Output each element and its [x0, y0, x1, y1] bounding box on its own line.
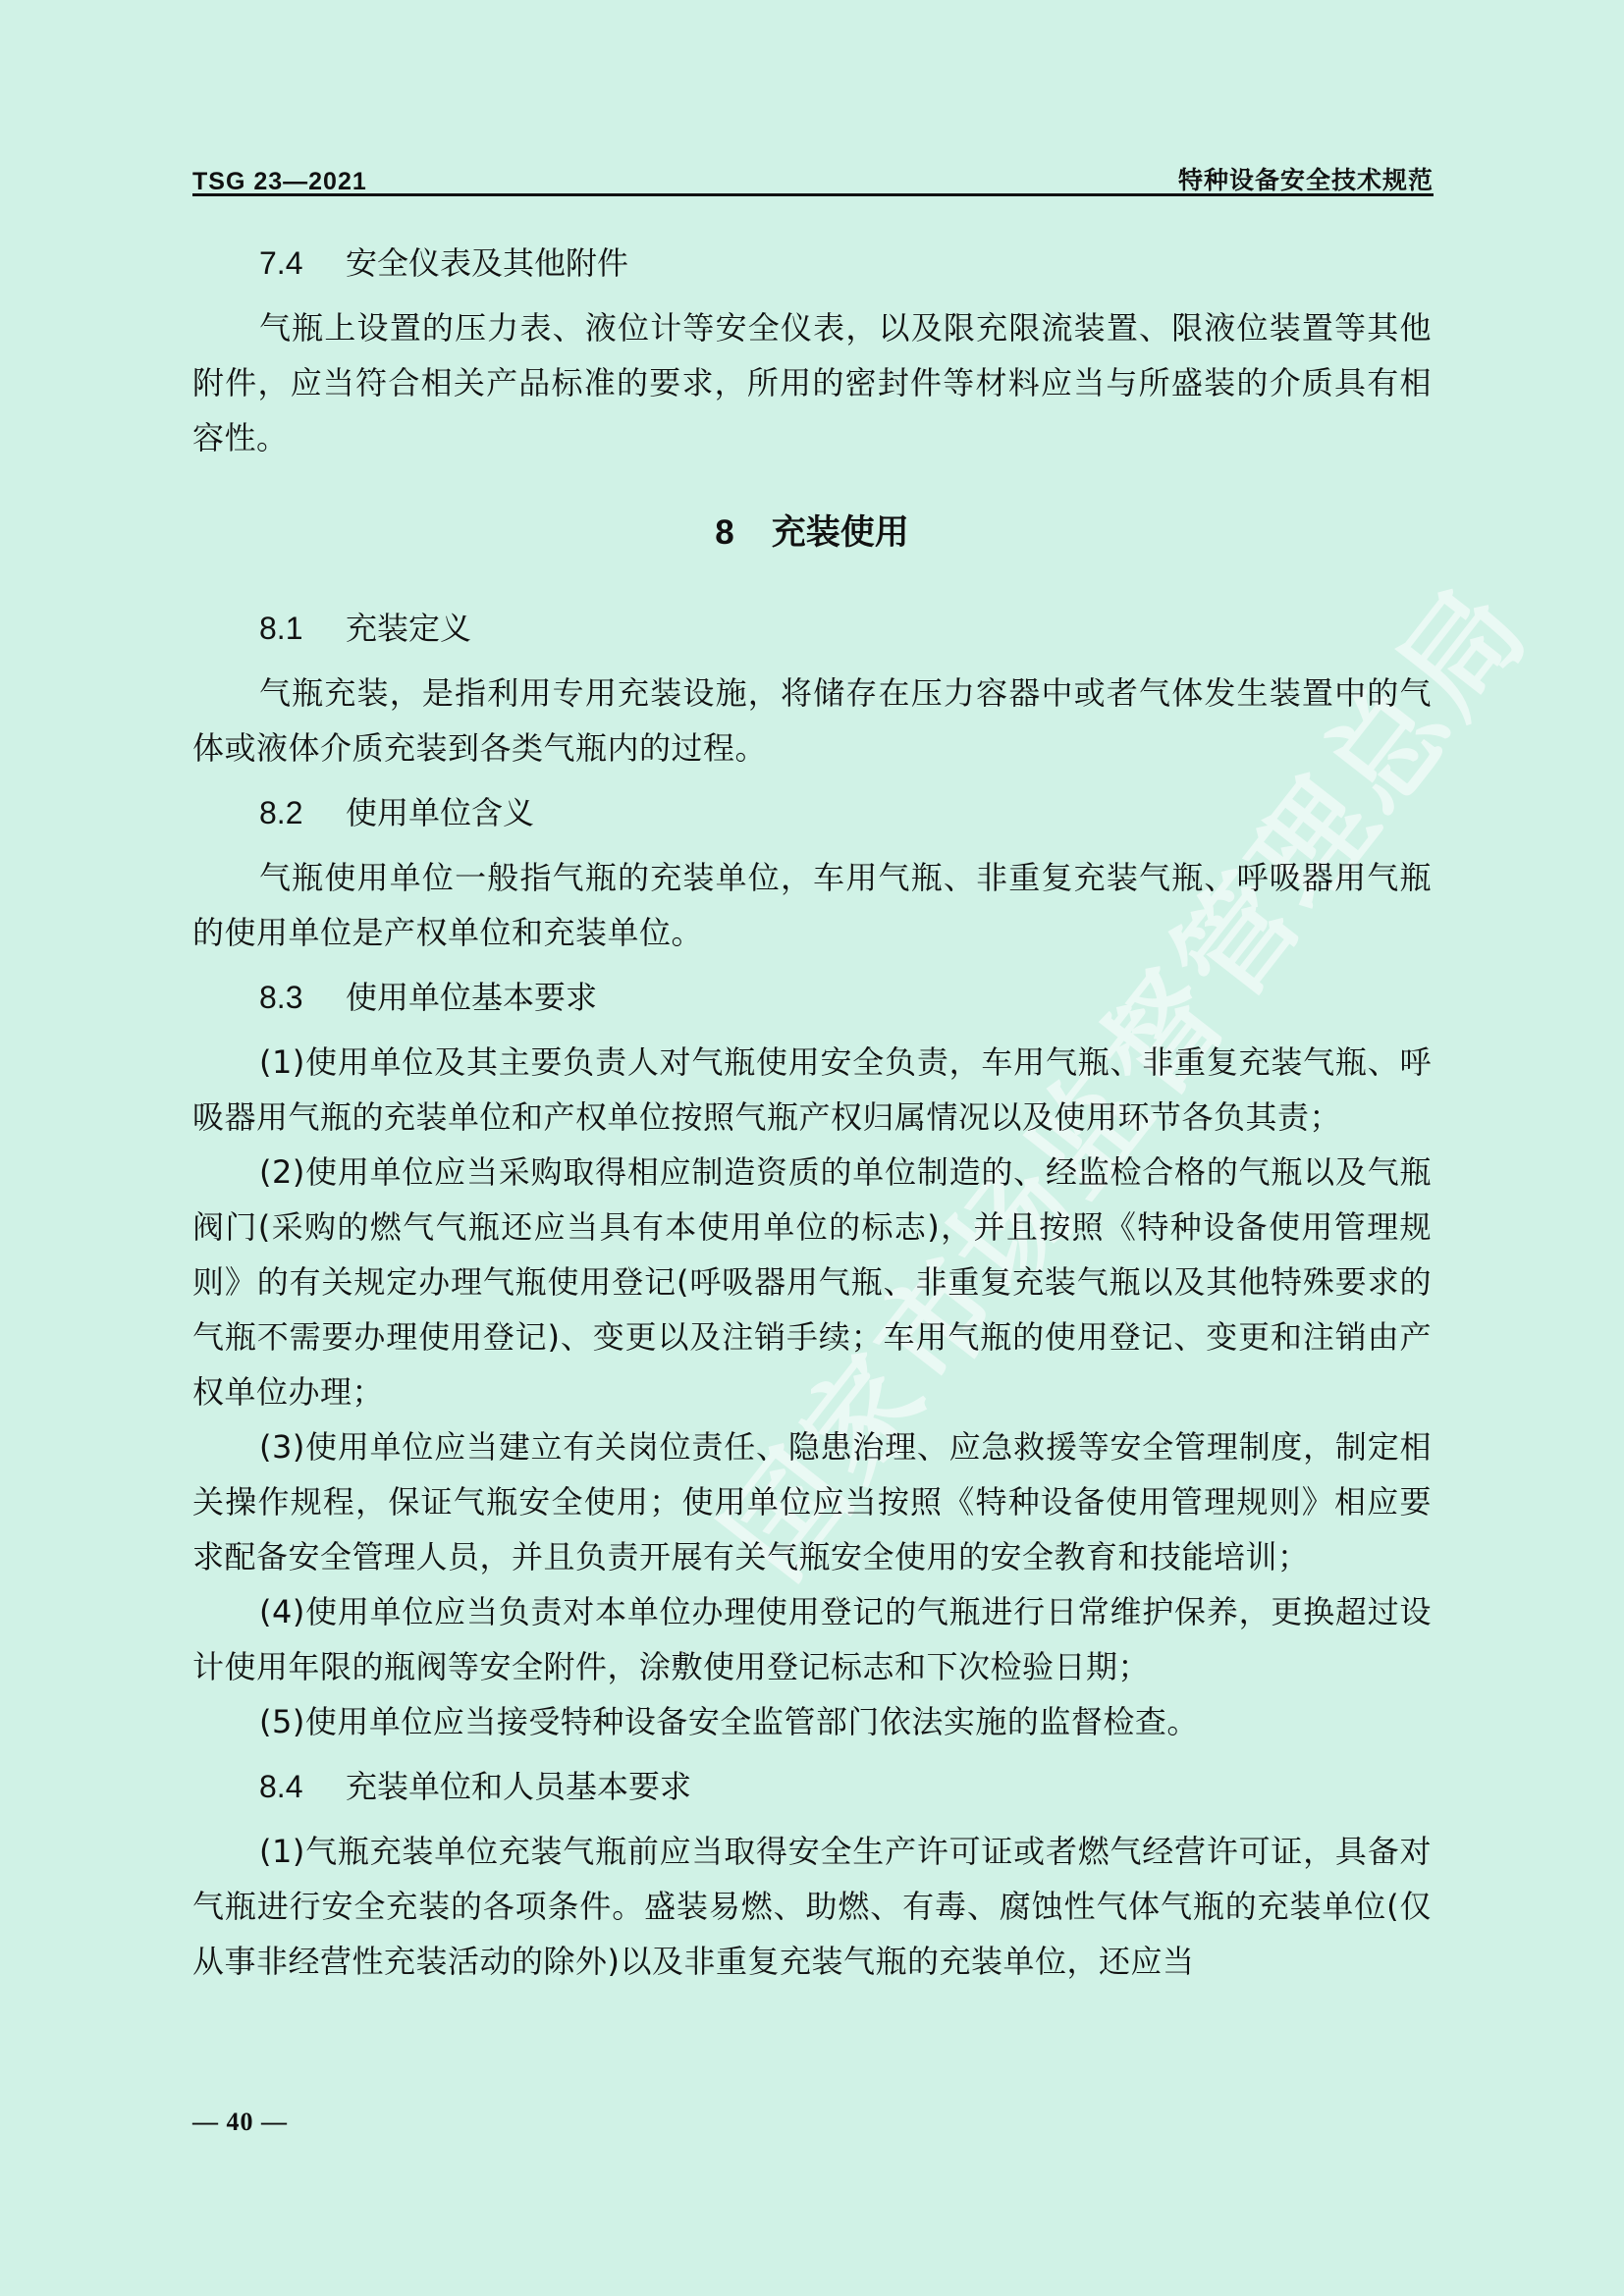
list-item: (2)使用单位应当采购取得相应制造资质的单位制造的、经监检合格的气瓶以及气瓶阀门…: [192, 1145, 1432, 1419]
chapter-number: 8: [715, 499, 733, 567]
section-heading-8-1: 8.1充装定义: [192, 601, 1432, 656]
chapter-title: 充装使用: [772, 513, 909, 553]
section-heading-8-2: 8.2使用单位含义: [192, 785, 1432, 840]
section-number: 8.2: [259, 785, 346, 840]
section-number: 8.4: [259, 1759, 346, 1814]
list-item: (4)使用单位应当负责对本单位办理使用登记的气瓶进行日常维护保养，更换超过设计使…: [192, 1584, 1432, 1694]
section-number: 8.3: [259, 970, 346, 1025]
page-content: 7.4安全仪表及其他附件 气瓶上设置的压力表、液位计等安全仪表，以及限充限流装置…: [192, 236, 1432, 1989]
page-header: TSG 23—2021 特种设备安全技术规范: [192, 157, 1434, 196]
section-heading-8-3: 8.3使用单位基本要求: [192, 970, 1432, 1025]
section-title: 安全仪表及其他附件: [346, 244, 628, 282]
section-title: 使用单位基本要求: [346, 979, 597, 1016]
section-heading-7-4: 7.4安全仪表及其他附件: [192, 236, 1432, 291]
section-number: 7.4: [259, 236, 346, 291]
list-item: (1)使用单位及其主要负责人对气瓶使用安全负责，车用气瓶、非重复充装气瓶、呼吸器…: [192, 1035, 1432, 1145]
section-heading-8-4: 8.4充装单位和人员基本要求: [192, 1759, 1432, 1814]
section-title: 充装单位和人员基本要求: [346, 1768, 691, 1805]
list-item: (5)使用单位应当接受特种设备安全监管部门依法实施的监督检查。: [192, 1694, 1432, 1749]
section-number: 8.1: [259, 601, 346, 656]
section-title: 充装定义: [346, 610, 471, 647]
section-body-7-4: 气瓶上设置的压力表、液位计等安全仪表，以及限充限流装置、限液位装置等其他附件，应…: [192, 300, 1432, 465]
section-title: 使用单位含义: [346, 794, 534, 831]
series-title: 特种设备安全技术规范: [1178, 161, 1434, 196]
section-body-8-1: 气瓶充装，是指利用专用充装设施，将储存在压力容器中或者气体发生装置中的气体或液体…: [192, 666, 1432, 775]
section-body-8-2: 气瓶使用单位一般指气瓶的充装单位，车用气瓶、非重复充装气瓶、呼吸器用气瓶的使用单…: [192, 850, 1432, 960]
doc-code: TSG 23—2021: [192, 168, 367, 196]
list-item: (1)气瓶充装单位充装气瓶前应当取得安全生产许可证或者燃气经营许可证，具备对气瓶…: [192, 1824, 1432, 1989]
header-divider: [192, 193, 1434, 196]
chapter-heading-8: 8充装使用: [192, 499, 1432, 567]
page-number: — 40 —: [192, 2108, 288, 2137]
list-item: (3)使用单位应当建立有关岗位责任、隐患治理、应急救援等安全管理制度，制定相关操…: [192, 1419, 1432, 1584]
